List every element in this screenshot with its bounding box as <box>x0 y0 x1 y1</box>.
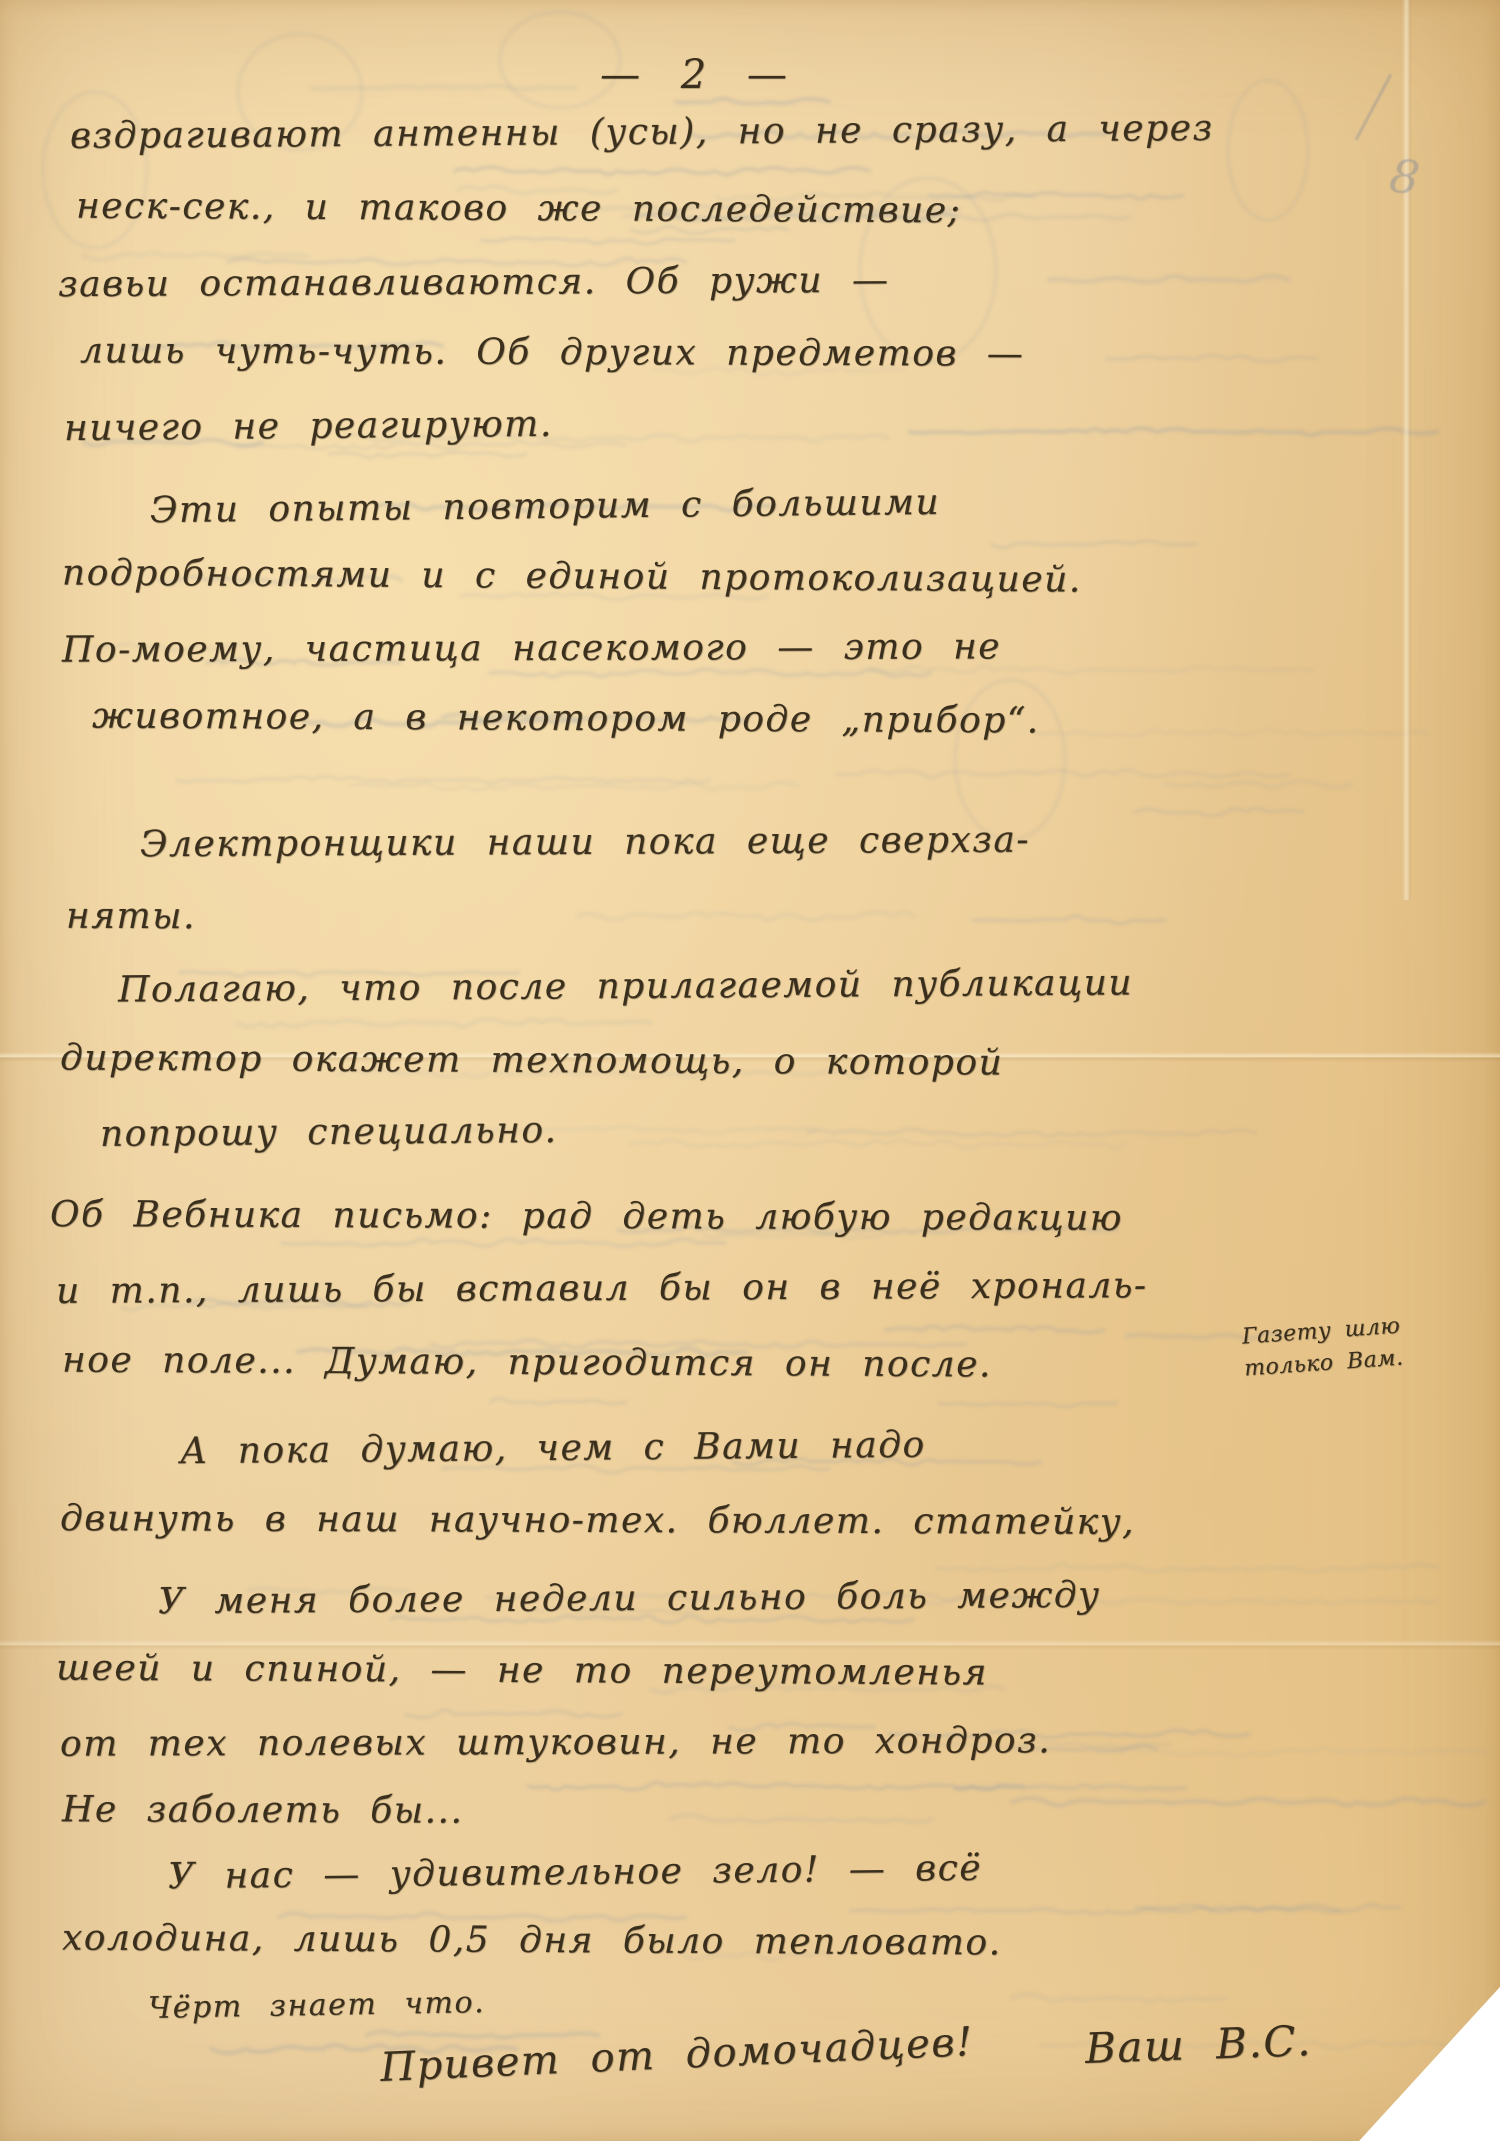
handwriting-line: от тех полевых штуковин, не то хондроз. <box>60 1720 1051 1764</box>
handwriting-line: Чёрт знает что. <box>148 1985 486 2026</box>
handwriting-line: А пока думаю, чем с Вами надо <box>180 1425 926 1473</box>
handwriting-line: попрошу специально. <box>100 1110 558 1155</box>
handwriting-line: двинуть в наш научно-тех. бюллет. статей… <box>60 1498 1135 1543</box>
signature: Ваш В.С. <box>1084 2016 1312 2073</box>
handwriting-line: и т.п., лишь бы вставил бы он в неё хрон… <box>56 1265 1148 1312</box>
handwriting-line: ное поле... Думаю, пригодится он после. <box>62 1340 992 1386</box>
handwriting-line: шеей и спиной, — не то переутомленья <box>56 1648 988 1694</box>
handwriting-line: вздрагивают антенны (усы), но не сразу, … <box>70 108 1214 157</box>
closing-greeting: Привет от домочадцев! <box>379 2019 974 2091</box>
fold-crease <box>1402 0 1411 900</box>
letter-page: 8 — 2 — вздрагивают антенны (усы), но не… <box>0 0 1500 2141</box>
pencil-mark: 8 <box>1386 148 1423 206</box>
margin-note: Газету шлю только Вам. <box>1241 1311 1405 1386</box>
handwriting-line: лишь чуть-чуть. Об других предметов — <box>80 330 1024 374</box>
handwriting-line: Не заболеть бы... <box>62 1789 464 1831</box>
handwriting-line: У нас — удивительное зело! — всё <box>168 1848 983 1898</box>
handwriting-line: По-моему, частица насекомого — это не <box>62 626 1001 670</box>
handwriting-line: завьи останавливаются. Об ружи — <box>58 260 890 305</box>
handwriting-line: Об Вебника письмо: рад деть любую редакц… <box>50 1194 1123 1239</box>
handwriting-line: Полагаю, что после прилагаемой публикаци… <box>118 962 1133 1010</box>
handwriting-line: животное, а в некотором роде „прибор“. <box>92 696 1040 742</box>
handwriting-line: Электронщики наши пока еще сверхза- <box>140 820 1030 866</box>
handwriting-line: директор окажет техпомощь, о которой <box>60 1038 1003 1084</box>
handwriting-line: Эти опыты повторим с большими <box>150 482 941 531</box>
handwriting-line: няты. <box>66 896 196 937</box>
handwriting-line: подробностями и с единой протоколизацией… <box>62 552 1082 600</box>
handwriting-line: ничего не реагируют. <box>64 404 553 449</box>
handwriting-line: неск-сек., и таково же последействие; <box>76 186 961 232</box>
handwriting-line: У меня более недели сильно боль между <box>158 1575 1101 1623</box>
handwriting-line: холодина, лишь 0,5 дня было тепловато. <box>62 1918 1002 1964</box>
page-number: — 2 — <box>600 52 793 98</box>
letter-scan: 8 — 2 — вздрагивают антенны (усы), но не… <box>0 0 1500 2141</box>
pencil-slash-mark <box>1355 74 1392 141</box>
